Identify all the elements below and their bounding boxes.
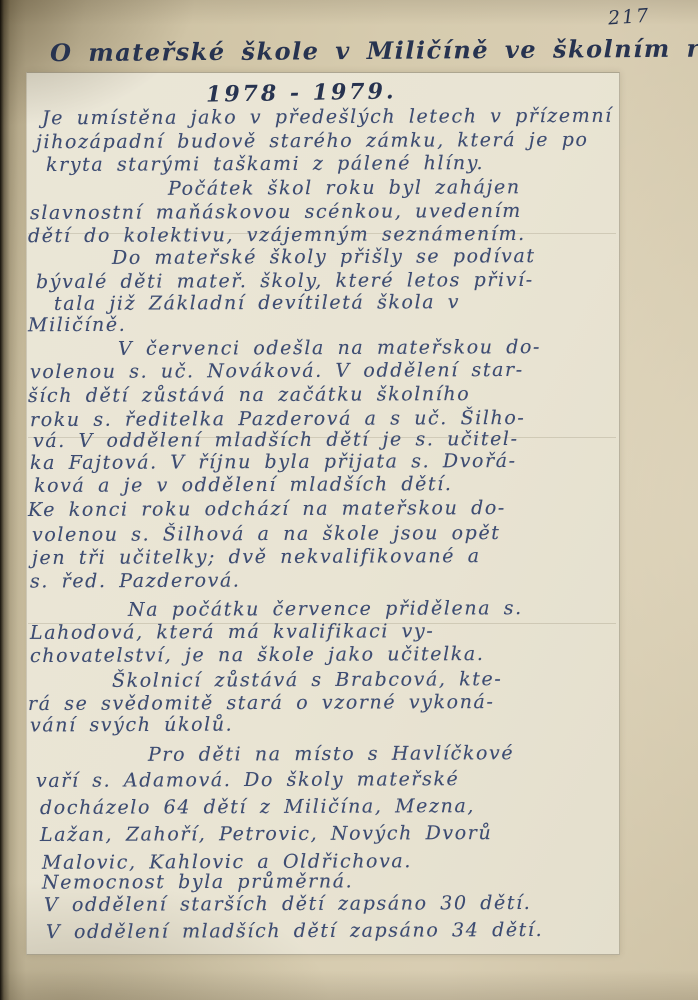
handwritten-line: V červenci odešla na mateřskou do- bbox=[118, 336, 541, 360]
handwritten-line: jen tři učitelky; dvě nekvalifikované a bbox=[32, 545, 481, 569]
chronicle-page-photo: 217 O mateřské škole v Miličíně ve školn… bbox=[0, 0, 698, 1000]
handwritten-line: kryta starými taškami z pálené hlíny. bbox=[46, 152, 484, 176]
handwritten-line: Do mateřské školy přišly se podívat bbox=[112, 245, 536, 269]
handwritten-line: Pro děti na místo s Havlíčkové bbox=[148, 742, 514, 766]
handwritten-line: volenou s. Šilhová a na škole jsou opět bbox=[32, 522, 501, 546]
handwritten-line: s. řed. Pazderová. bbox=[30, 570, 241, 593]
handwritten-line: docházelo 64 dětí z Miličína, Mezna, bbox=[40, 795, 475, 819]
page-title: O mateřské škole v Miličíně ve školním r… bbox=[50, 34, 670, 67]
page-number: 217 bbox=[607, 5, 651, 30]
handwritten-line: Ke konci roku odchází na mateřskou do- bbox=[28, 497, 506, 521]
handwritten-line: jihozápadní budově starého zámku, která … bbox=[36, 129, 589, 153]
handwritten-line: Je umístěna jako v předešlých letech v p… bbox=[42, 105, 613, 129]
handwritten-line: dětí do kolektivu, vzájemným seznámením. bbox=[28, 223, 526, 247]
handwritten-line: ková a je v oddělení mladších dětí. bbox=[34, 473, 453, 497]
handwritten-line: vání svých úkolů. bbox=[30, 714, 233, 737]
page-subtitle-years: 1978 - 1979. bbox=[206, 78, 397, 107]
handwritten-line: rá se svědomitě stará o vzorné vykoná- bbox=[28, 691, 495, 715]
handwritten-line: chovatelství, je na škole jako učitelka. bbox=[30, 643, 485, 667]
handwritten-line: Počátek škol roku byl zahájen bbox=[168, 176, 521, 200]
handwritten-line: ších dětí zůstává na začátku školního bbox=[28, 383, 470, 407]
handwritten-line: tala již Základní devítiletá škola v bbox=[54, 291, 460, 315]
handwritten-line: Školnicí zůstává s Brabcová, kte- bbox=[112, 668, 502, 692]
handwritten-line: V oddělení starších dětí zapsáno 30 dětí… bbox=[44, 892, 532, 916]
handwritten-line: V oddělení mladších dětí zapsáno 34 dětí… bbox=[46, 919, 543, 943]
handwritten-line: Na počátku července přidělena s. bbox=[128, 597, 523, 621]
handwritten-line: vaří s. Adamová. Do školy mateřské bbox=[36, 768, 459, 792]
handwritten-line: ka Fajtová. V říjnu byla přijata s. Dvoř… bbox=[30, 450, 517, 474]
handwritten-line: Nemocnost byla průměrná. bbox=[42, 870, 353, 893]
handwritten-line: vá. V oddělení mladších dětí je s. učite… bbox=[33, 428, 519, 452]
handwritten-line: Lažan, Zahoří, Petrovic, Nových Dvorů bbox=[40, 822, 492, 846]
handwritten-line: Lahodová, která má kvalifikaci vy- bbox=[30, 620, 434, 644]
handwritten-line: Miličíně. bbox=[28, 314, 126, 336]
handwritten-line: slavnostní maňáskovou scénkou, uvedením bbox=[30, 200, 522, 224]
handwritten-line: bývalé děti mateř. školy, které letos př… bbox=[36, 269, 534, 293]
handwritten-line: volenou s. uč. Nováková. V oddělení star… bbox=[30, 359, 524, 383]
